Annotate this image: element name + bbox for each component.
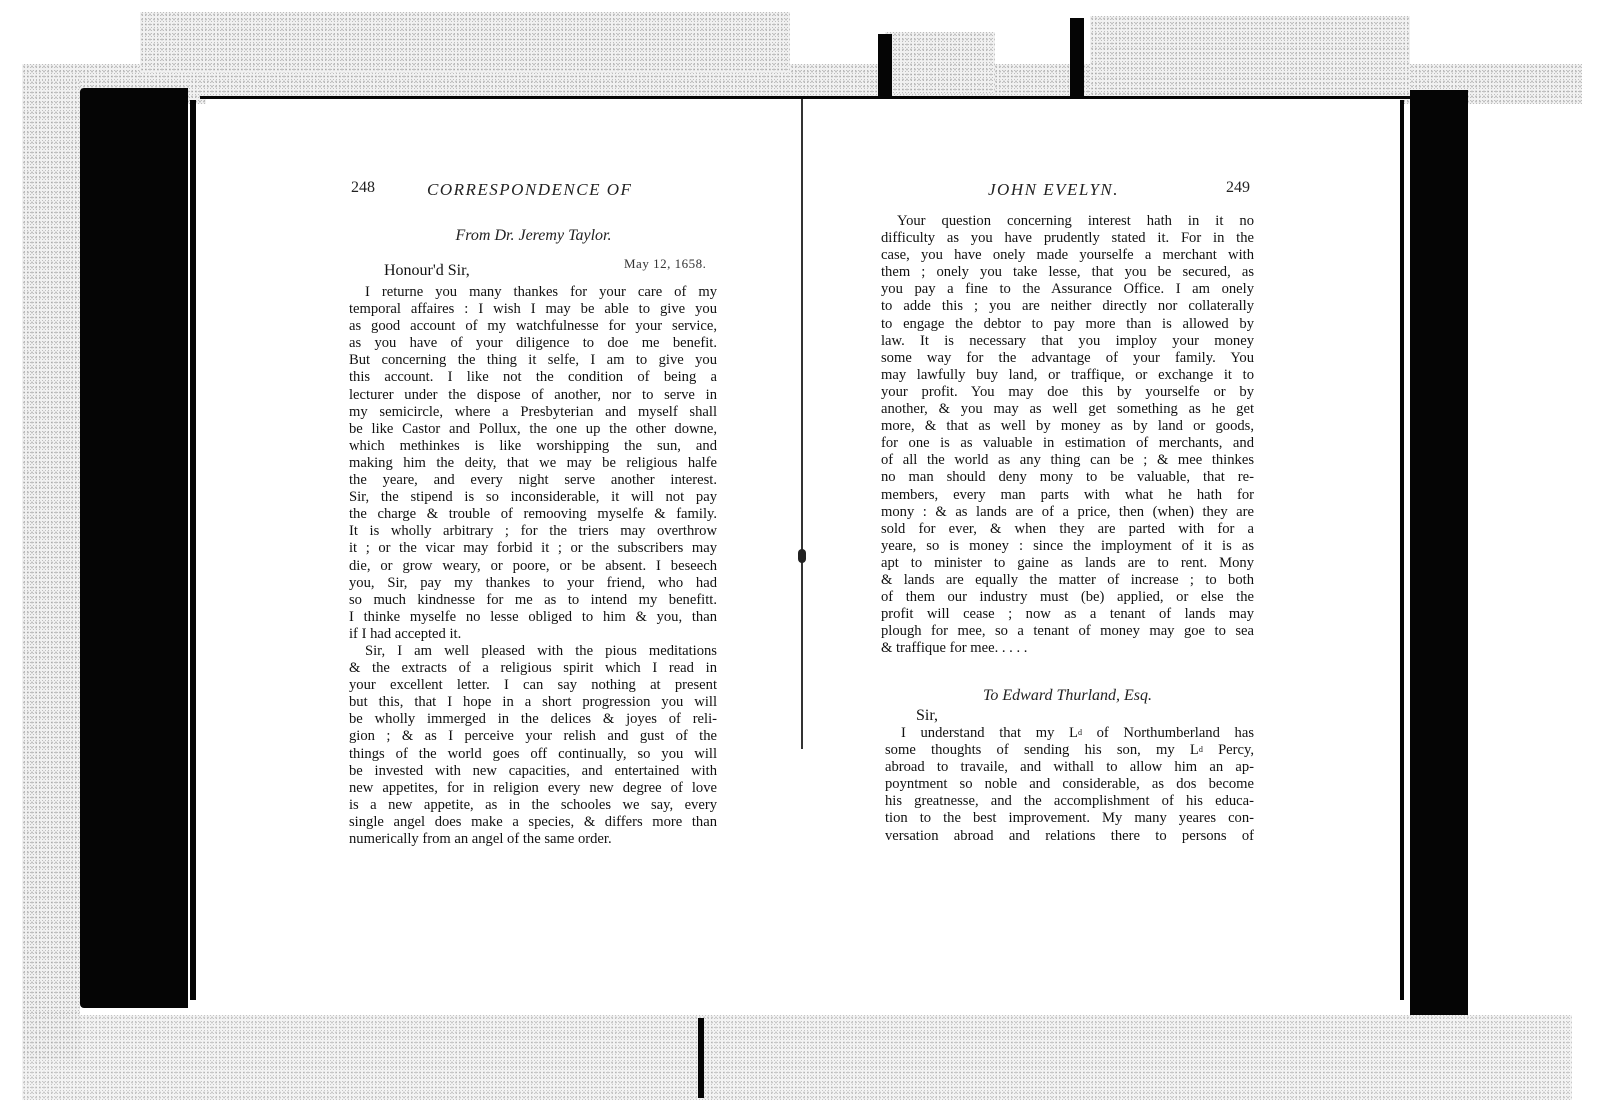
text-line: poyntment so noble and considerable, as … <box>885 776 1254 793</box>
letter-body-interest: Your question concerning interest hath i… <box>881 213 1254 657</box>
letter-heading-thurland: To Edward Thurland, Esq. <box>881 687 1254 705</box>
text-line: members, every man parts with what he ha… <box>881 487 1254 504</box>
letter-heading-taylor: From Dr. Jeremy Taylor. <box>346 227 721 245</box>
text-line: tion to the best improvement. My many ye… <box>885 810 1254 827</box>
book-spine-right-strip <box>1400 100 1404 1000</box>
text-line: if I had accepted it. <box>349 626 717 643</box>
text-line: no man should deny mony to be valuable, … <box>881 469 1254 486</box>
text-line: as you have of your diligence to doe me … <box>349 335 717 352</box>
right-page: JOHN EVELYN. 249 Your question concernin… <box>810 99 1400 1004</box>
text-line: & traffique for mee. . . . . <box>881 640 1254 657</box>
book-cover-right-edge <box>1410 90 1468 1015</box>
text-line: may lawfully buy land, or traffique, or … <box>881 367 1254 384</box>
text-line: I understand that my Ld of Northumberlan… <box>885 725 1254 742</box>
text-line: lecturer under the dispose of another, n… <box>349 387 717 404</box>
letter-date: May 12, 1658. <box>624 256 706 272</box>
text-line: the yeare, and every night serve another… <box>349 472 717 489</box>
text-line: be invested with new capacities, and ent… <box>349 763 717 780</box>
text-line: But concerning the thing it selfe, I am … <box>349 352 717 369</box>
text-line: some way for the advantage of your famil… <box>881 350 1254 367</box>
book-cover-left-edge <box>80 88 188 1008</box>
text-line: another, & you may as well get something… <box>881 401 1254 418</box>
text-line: be wholly immerged in the delices & joye… <box>349 711 717 728</box>
running-head-right: JOHN EVELYN. <box>988 180 1119 200</box>
text-line: I returne you many thankes for your care… <box>349 284 717 301</box>
text-line: my semicircle, where a Presbyterian and … <box>349 404 717 421</box>
text-line: Sir, the stipend is so inconsiderable, i… <box>349 489 717 506</box>
text-line: the charge & trouble of remooving myself… <box>349 506 717 523</box>
text-line: you pay a fine to the Assurance Office. … <box>881 281 1254 298</box>
text-line: It is wholly arbitrary ; for the triers … <box>349 523 717 540</box>
text-line: things of the world goes off continually… <box>349 746 717 763</box>
text-line: abroad to travaile, and withall to allow… <box>885 759 1254 776</box>
text-line: them ; onely you take lesse, that you be… <box>881 264 1254 281</box>
text-line: new appetites, for in religion every new… <box>349 780 717 797</box>
book-gutter <box>796 99 810 999</box>
page-number-left: 248 <box>351 179 375 197</box>
text-line: profit will cease ; now as a tenant of l… <box>881 606 1254 623</box>
page-number-right: 249 <box>1226 179 1250 197</box>
text-line: to adde this ; you are neither directly … <box>881 298 1254 315</box>
scan-background-bottom <box>22 1015 1572 1100</box>
text-line: difficulty as you have prudently stated … <box>881 230 1254 247</box>
text-line: & the extracts of a religious spirit whi… <box>349 660 717 677</box>
text-line: yeare, so is money : since the imploymen… <box>881 538 1254 555</box>
gutter-thread-knot <box>798 549 806 563</box>
scan-background-top-mid-block <box>885 32 995 94</box>
text-line: of all the world as any thing can be ; &… <box>881 452 1254 469</box>
running-head-left: CORRESPONDENCE OF <box>427 180 632 200</box>
text-line: die, or grow weary, or poore, or be abse… <box>349 558 717 575</box>
text-line: so much kindnesse for me as to intend my… <box>349 592 717 609</box>
text-line: sold for ever, & when they are parted wi… <box>881 521 1254 538</box>
gutter-fold-line <box>801 99 803 749</box>
text-line: & lands are equally the matter of increa… <box>881 572 1254 589</box>
text-line: apt to minister to gaine as lands are to… <box>881 555 1254 572</box>
text-line: making him the deity, that we may be rel… <box>349 455 717 472</box>
text-line: your excellent letter. I can say nothing… <box>349 677 717 694</box>
text-line: your profit. You may doe this by yoursel… <box>881 384 1254 401</box>
scan-background-top-right-block <box>1090 16 1410 96</box>
text-line: be like Castor and Pollux, the one up th… <box>349 421 717 438</box>
text-line: Sir, I am well pleased with the pious me… <box>349 643 717 660</box>
text-line: temporal affaires : I wish I may be able… <box>349 301 717 318</box>
text-line: gion ; & as I perceive your relish and g… <box>349 728 717 745</box>
text-line: Your question concerning interest hath i… <box>881 213 1254 230</box>
text-line: you, Sir, pay my thankes to your friend,… <box>349 575 717 592</box>
text-line: for one is as valuable in estimation of … <box>881 435 1254 452</box>
text-line: it ; or the vicar may forbid it ; or the… <box>349 540 717 557</box>
text-line: more, & that as well by money as by land… <box>881 418 1254 435</box>
text-line: this account. I like not the condition o… <box>349 369 717 386</box>
scan-background-left <box>22 80 80 1060</box>
text-line: single angel does make a species, & diff… <box>349 814 717 831</box>
text-line: as good account of my watchfulnesse for … <box>349 318 717 335</box>
text-line: numerically from an angel of the same or… <box>349 831 717 848</box>
letter-body-thurland: I understand that my Ld of Northumberlan… <box>885 725 1254 845</box>
left-page: 248 CORRESPONDENCE OF From Dr. Jeremy Ta… <box>206 99 796 999</box>
text-line: some thoughts of sending his son, my Ld … <box>885 742 1254 759</box>
text-line: which methinkes is like worshipping the … <box>349 438 717 455</box>
text-line: versation abroad and relations there to … <box>885 828 1254 845</box>
text-line: of them our industry must (be) applied, … <box>881 589 1254 606</box>
text-line: law. It is necessary that you imploy you… <box>881 333 1254 350</box>
top-tab-1 <box>878 34 892 96</box>
salutation-left: Honour'd Sir, <box>384 262 470 280</box>
text-line: to engage the debtor to pay more than is… <box>881 316 1254 333</box>
text-line: I thinke myselfe no lesse obliged to him… <box>349 609 717 626</box>
letter-body-taylor: I returne you many thankes for your care… <box>349 284 717 848</box>
text-line: mony : & as lands are of a price, then (… <box>881 504 1254 521</box>
text-line: but this, that I hope in a short progres… <box>349 694 717 711</box>
text-line: plough for mee, so a tenant of money may… <box>881 623 1254 640</box>
text-line: his greatnesse, and the accomplishment o… <box>885 793 1254 810</box>
book-spine-left-strip <box>190 100 196 1000</box>
salutation-right: Sir, <box>916 707 938 725</box>
scan-background-top-left-block <box>140 12 790 72</box>
top-tab-2 <box>1070 18 1084 96</box>
bottom-fold-mark <box>698 1018 704 1098</box>
text-line: is a new appetite, as in the schooles we… <box>349 797 717 814</box>
text-line: case, you have onely made yourselfe a me… <box>881 247 1254 264</box>
